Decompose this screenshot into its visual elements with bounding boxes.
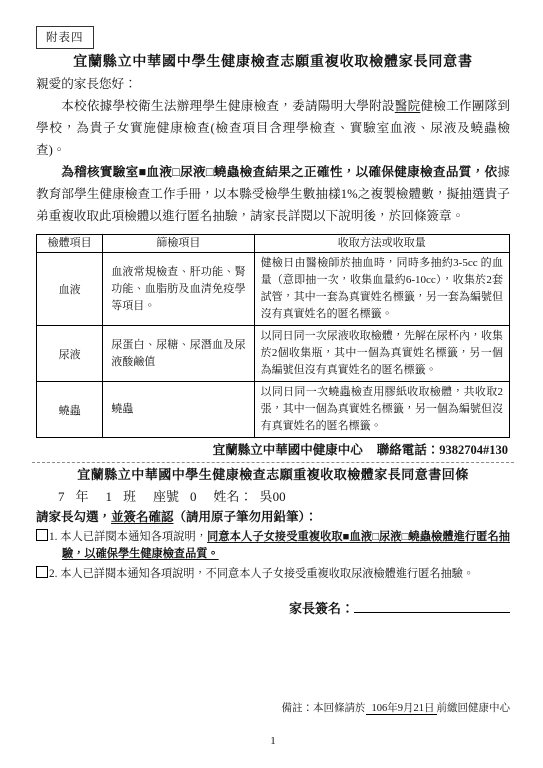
option-2-number: 2. bbox=[49, 568, 57, 580]
page-number: 1 bbox=[36, 735, 510, 747]
col-header-specimen: 檢體項目 bbox=[37, 235, 103, 253]
student-info-line: 7年1班座號0姓名：吳00 bbox=[36, 487, 510, 506]
note-after: 前繳回健康中心 bbox=[437, 703, 511, 714]
seat-number-value: 0 bbox=[190, 489, 197, 504]
intro-text-before: 本校依據學校衛生法辦理學生健康檢查，委請陽明大學附設 bbox=[61, 99, 395, 113]
table-header-row: 檢體項目 篩檢項目 收取方法或收取量 bbox=[37, 235, 510, 253]
student-name-value: 吳00 bbox=[260, 489, 286, 504]
student-grade-label: 年 bbox=[76, 489, 89, 504]
student-class-label: 班 bbox=[123, 489, 136, 504]
student-grade-value: 7 bbox=[58, 489, 65, 504]
instruction-text: 請家長勾選，並簽名確認（請用原子筆勿用鉛筆）： bbox=[36, 508, 510, 526]
method-cell: 以同日同一次蟯蟲檢查用膠紙收取檢體，共收取2張，其中一個為真實姓名標籤，另一個為… bbox=[254, 382, 509, 438]
signature-blank[interactable] bbox=[354, 598, 510, 613]
signature-row: 家長簽名： bbox=[36, 598, 510, 619]
screening-cell: 血液常規檢查、肝功能、腎功能、血脂肪及血清免疫學等項目。 bbox=[103, 253, 254, 326]
decline-option: 2. 本人已詳閱本通知各項說明，不同意本人子女接受重複收取尿液檢體進行匿名抽驗。 bbox=[36, 566, 510, 583]
student-name-label: 姓名： bbox=[214, 489, 253, 504]
contact-phone-label: 聯絡電話： bbox=[377, 443, 440, 457]
reply-slip-title: 宜蘭縣立中華國中學生健康檢查志願重複收取檢體家長同意書回條 bbox=[36, 466, 510, 484]
screening-cell: 尿蛋白、尿糖、尿潛血及尿液酸鹼值 bbox=[103, 326, 254, 382]
specimen-table: 檢體項目 篩檢項目 收取方法或收取量 血液 血液常規檢查、肝功能、腎功能、血脂肪… bbox=[36, 234, 510, 438]
audit-paragraph: 為稽核實驗室■血液□尿液□蟯蟲檢查結果之正確性，以確保健康檢查品質，依據教育部學… bbox=[36, 161, 510, 227]
consent-option: 1. 本人已詳閱本通知各項說明，同意本人子女接受重複收取■血液□尿液□蟯蟲檢體進… bbox=[36, 529, 510, 563]
method-cell: 健檢日由醫檢師於抽血時，同時多抽約3-5cc 的血量（意即抽一次，收集血量約6-… bbox=[254, 253, 509, 326]
option-1-number: 1. bbox=[49, 531, 57, 543]
table-row-pinworm: 蟯蟲 蟯蟲 以同日同一次蟯蟲檢查用膠紙收取檢體，共收取2張，其中一個為真實姓名標… bbox=[37, 382, 510, 438]
instruction-underlined: 並簽名確認 bbox=[111, 510, 174, 524]
appendix-label: 附表四 bbox=[36, 26, 94, 49]
option-2-text: 本人已詳閱本通知各項說明，不同意本人子女接受重複收取尿液檢體進行匿名抽驗。 bbox=[60, 568, 474, 580]
method-cell: 以同日同一次尿液收取檢體，先解在尿杯內，收集於2個收集瓶，其中一個為真實姓名標籤… bbox=[254, 326, 509, 382]
greeting-text: 親愛的家長您好： bbox=[36, 73, 510, 95]
note-due-date: 106年9月21日 bbox=[366, 703, 437, 715]
hospital-underlined-text: 醫院 bbox=[395, 99, 421, 113]
health-center-name: 宜蘭縣立中華國中健康中心 bbox=[213, 443, 363, 457]
document-page: 附表四 宜蘭縣立中華國中學生健康檢查志願重複收取檢體家長同意書 親愛的家長您好：… bbox=[0, 0, 543, 768]
option-1-text: 本人已詳閱本通知各項說明， bbox=[60, 531, 207, 543]
checkbox-option-2-icon[interactable] bbox=[36, 566, 48, 578]
note-text: 備註：本回條請於106年9月21日前繳回健康中心 bbox=[36, 701, 510, 716]
signature-label: 家長簽名： bbox=[289, 601, 354, 616]
specimen-cell: 蟯蟲 bbox=[37, 382, 103, 438]
table-row-blood: 血液 血液常規檢查、肝功能、腎功能、血脂肪及血清免疫學等項目。 健檢日由醫檢師於… bbox=[37, 253, 510, 326]
note-before: 備註：本回條請於 bbox=[282, 703, 366, 714]
dashed-divider bbox=[32, 462, 514, 463]
specimen-cell: 尿液 bbox=[37, 326, 103, 382]
audit-text-bold: 為稽核實驗室■血液□尿液□蟯蟲檢查結果之正確性，以確保健康檢查品質，依 bbox=[61, 165, 497, 179]
contact-line: 宜蘭縣立中華國中健康中心聯絡電話：9382704#130 bbox=[36, 442, 510, 458]
instruction-after: （請用原子筆勿用鉛筆）： bbox=[174, 510, 318, 524]
screening-cell: 蟯蟲 bbox=[103, 382, 254, 438]
form-title: 宜蘭縣立中華國中學生健康檢查志願重複收取檢體家長同意書 bbox=[36, 53, 510, 73]
checkbox-option-1-icon[interactable] bbox=[36, 529, 48, 541]
col-header-method: 收取方法或收取量 bbox=[254, 235, 509, 253]
contact-phone-number: 9382704#130 bbox=[439, 443, 508, 457]
contact-phone: 聯絡電話：9382704#130 bbox=[377, 443, 508, 457]
student-class-value: 1 bbox=[106, 489, 113, 504]
specimen-cell: 血液 bbox=[37, 253, 103, 326]
col-header-screening: 篩檢項目 bbox=[103, 235, 254, 253]
intro-paragraph: 本校依據學校衛生法辦理學生健康檢查，委請陽明大學附設醫院健檢工作團隊到學校，為貴… bbox=[36, 95, 510, 161]
seat-number-label: 座號 bbox=[153, 489, 179, 504]
table-row-urine: 尿液 尿蛋白、尿糖、尿潛血及尿液酸鹼值 以同日同一次尿液收取檢體，先解在尿杯內，… bbox=[37, 326, 510, 382]
instruction-before: 請家長勾選， bbox=[36, 510, 111, 524]
